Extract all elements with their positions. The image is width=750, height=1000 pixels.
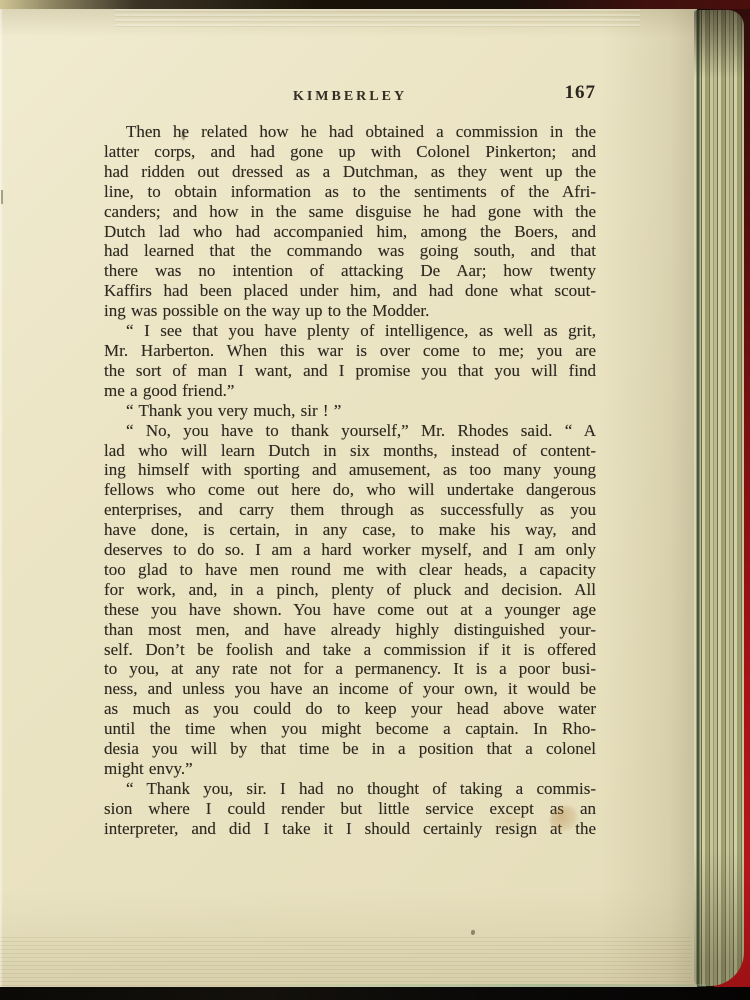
text-body: Then he related how he had obtained a co… bbox=[104, 122, 596, 839]
text-line: as much as you could do to keep your hea… bbox=[104, 699, 596, 719]
book-cover-top-edge bbox=[0, 0, 750, 9]
book-page: KIMBERLEY 167 Then he related how he had… bbox=[0, 8, 697, 987]
text-line: line, to obtain information as to the se… bbox=[104, 182, 596, 202]
text-line: might envy.” bbox=[104, 759, 596, 779]
page-stack-fore-edge bbox=[694, 10, 744, 986]
text-line: fellows who come out here do, who will u… bbox=[104, 480, 596, 500]
text-line: Mr. Harberton. When this war is over com… bbox=[104, 341, 596, 361]
text-line: until the time when you might become a c… bbox=[104, 719, 596, 739]
text-line: there was no intention of attacking De A… bbox=[104, 261, 596, 281]
text-line: “ Thank you, sir. I had no thought of ta… bbox=[104, 779, 596, 799]
text-line: sion where I could render but little ser… bbox=[104, 799, 596, 819]
text-line: “ Thank you very much, sir ! ” bbox=[104, 401, 596, 421]
text-line: ing himself with sporting and amusement,… bbox=[104, 460, 596, 480]
text-line: self. Don’t be foolish and take a commis… bbox=[104, 640, 596, 660]
book-cover-bottom-edge bbox=[0, 987, 750, 1000]
text-line: me a good friend.” bbox=[104, 381, 596, 401]
paragraph: “ I see that you have plenty of intellig… bbox=[104, 321, 596, 401]
text-line: desia you will by that time be in a posi… bbox=[104, 739, 596, 759]
text-line: had ridden out dressed as a Dutchman, as… bbox=[104, 162, 596, 182]
text-line: the sort of man I want, and I promise yo… bbox=[104, 361, 596, 381]
text-line: latter corps, and had gone up with Colon… bbox=[104, 142, 596, 162]
text-line: too glad to have men round me with clear… bbox=[104, 560, 596, 580]
page-bottom-edges bbox=[0, 934, 692, 986]
text-line: ing was possible on the way up to the Mo… bbox=[104, 301, 596, 321]
paragraph: “ Thank you very much, sir ! ” bbox=[104, 401, 596, 421]
text-line: have done, is certain, in any case, to m… bbox=[104, 520, 596, 540]
text-line: for work, and, in a pinch, plenty of plu… bbox=[104, 580, 596, 600]
page-top-edges bbox=[115, 9, 640, 29]
text-line: deserves to do so. I am a hard worker my… bbox=[104, 540, 596, 560]
text-line: than most men, and have already highly d… bbox=[104, 620, 596, 640]
text-line: interpreter, and did I take it I should … bbox=[104, 819, 596, 839]
text-line: enterprises, and carry them through as s… bbox=[104, 500, 596, 520]
page-edge-mark bbox=[1, 190, 3, 204]
chapter-title: KIMBERLEY bbox=[293, 89, 407, 104]
text-line: canders; and how in the same disguise he… bbox=[104, 202, 596, 222]
text-line: Kaffirs had been placed under him, and h… bbox=[104, 281, 596, 301]
text-line: “ I see that you have plenty of intellig… bbox=[104, 321, 596, 341]
paragraph: “ No, you have to thank yourself,” Mr. R… bbox=[104, 421, 596, 779]
running-header: KIMBERLEY 167 bbox=[104, 84, 596, 108]
page-number: 167 bbox=[565, 81, 597, 105]
paragraph: “ Thank you, sir. I had no thought of ta… bbox=[104, 779, 596, 839]
text-line: “ No, you have to thank yourself,” Mr. R… bbox=[104, 421, 596, 441]
text-line: Dutch lad who had accompanied him, among… bbox=[104, 222, 596, 242]
text-line: lad who will learn Dutch in six months, … bbox=[104, 441, 596, 461]
text-line: to you, at any rate not for a permanency… bbox=[104, 659, 596, 679]
book-scan: KIMBERLEY 167 Then he related how he had… bbox=[0, 0, 750, 1000]
text-line: ness, and unless you have an income of y… bbox=[104, 679, 596, 699]
text-line: these you have shown. You have come out … bbox=[104, 600, 596, 620]
text-line: Then he related how he had obtained a co… bbox=[104, 122, 596, 142]
text-line: had learned that the commando was going … bbox=[104, 241, 596, 261]
paragraph: Then he related how he had obtained a co… bbox=[104, 122, 596, 321]
